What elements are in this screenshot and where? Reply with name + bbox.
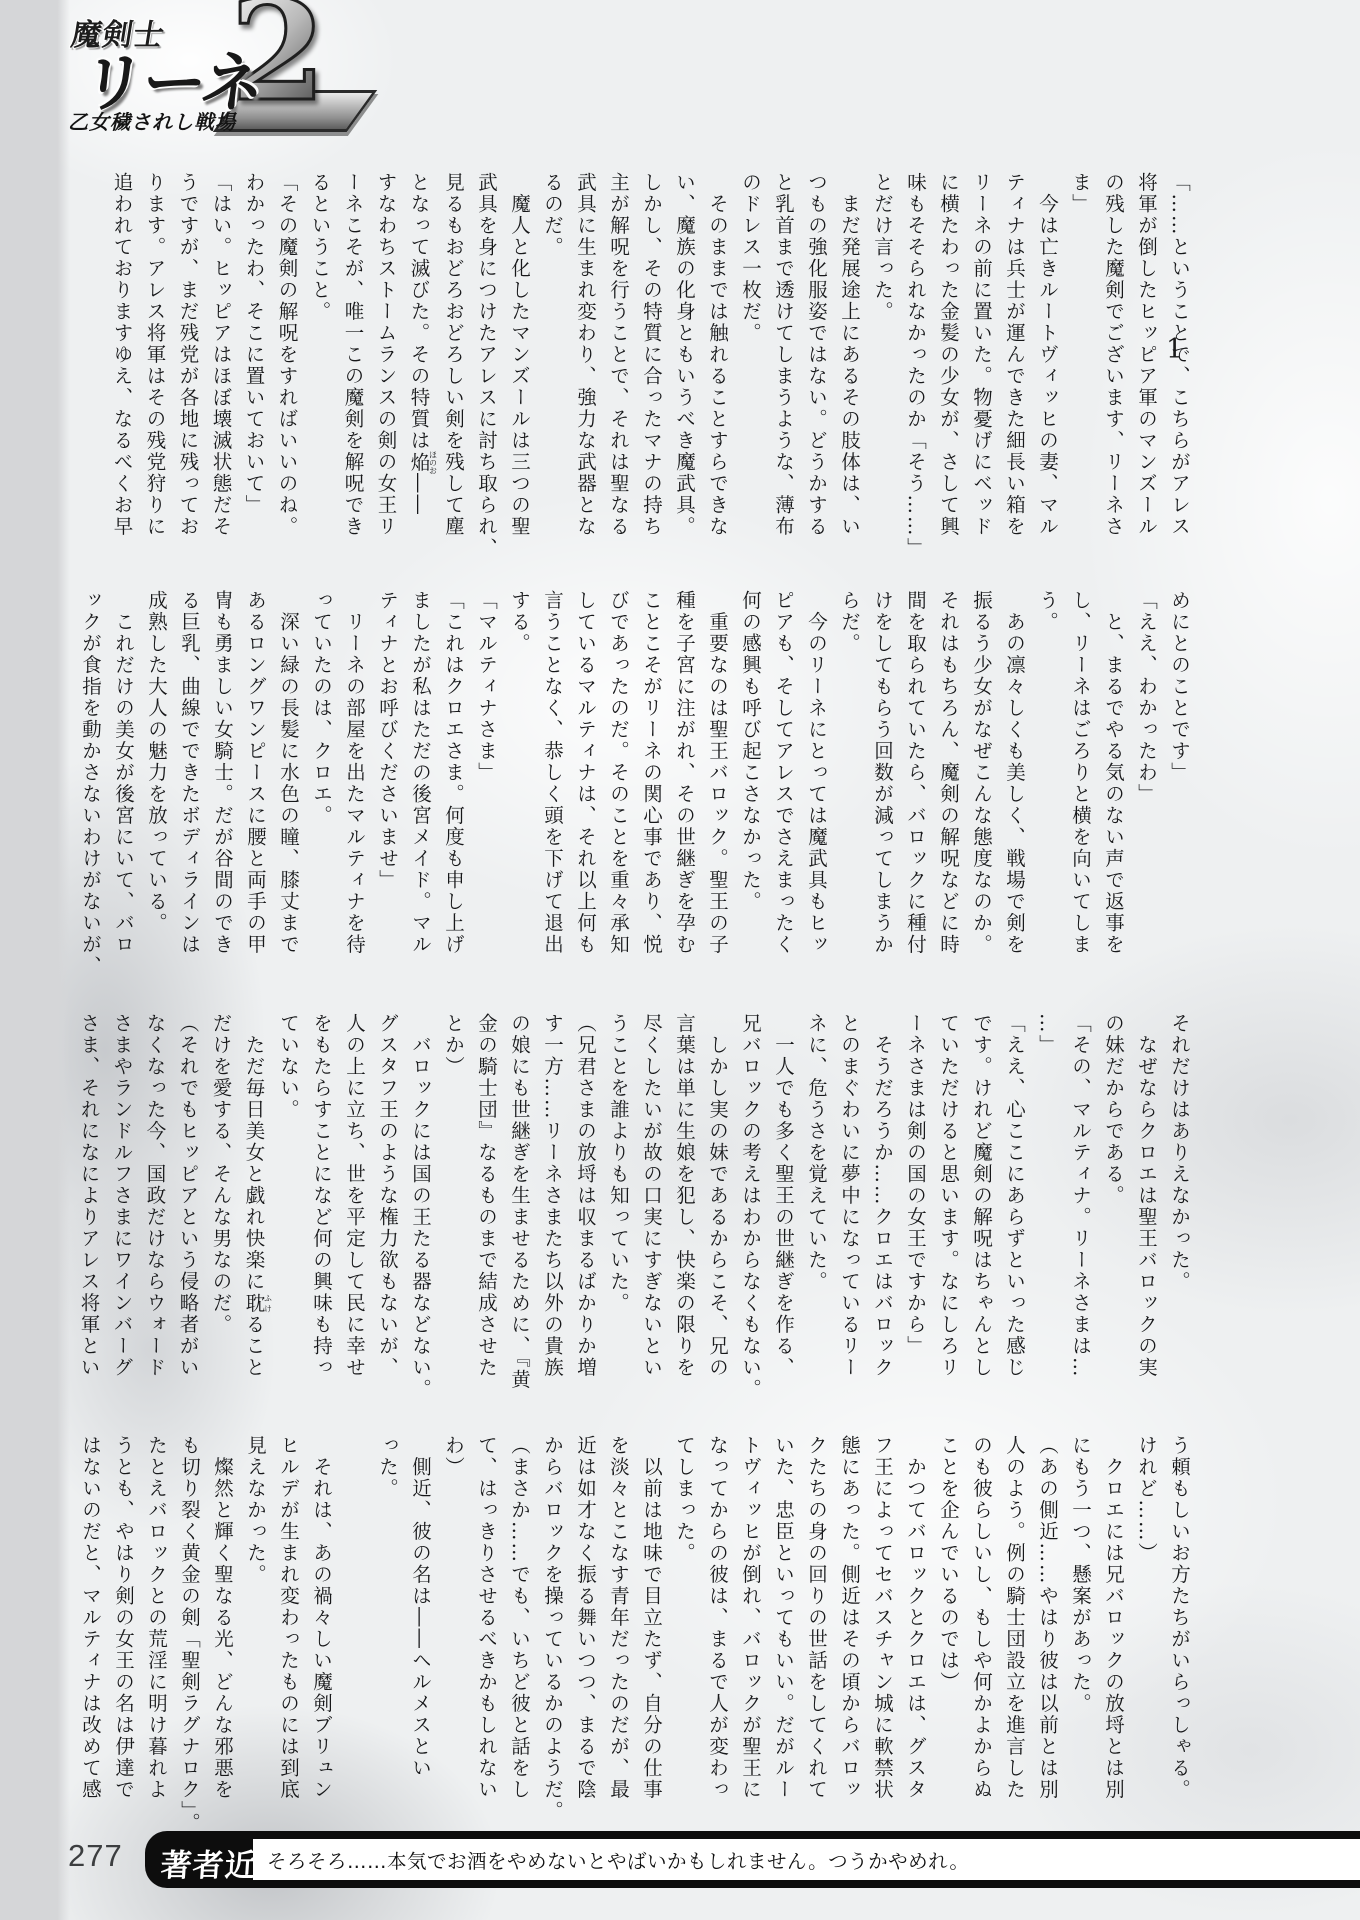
- text-line: 「これはクロエさま。何度も申し上げ: [437, 590, 470, 986]
- text-line: いた、忠臣といってもいい。だがルー: [767, 1435, 800, 1831]
- text-line: 主が解呪を行うことで、それは聖なる: [602, 172, 635, 568]
- text-line: からバロックを操っているかのようだ。: [536, 1435, 569, 1831]
- author-note-bar: 著者近況 そろそろ……本気でお酒をやめないとやばいかもしれません。つうかやめれ。: [145, 1831, 1360, 1888]
- text-line: バロックには国の王たる器などない。: [404, 1013, 437, 1409]
- text-line: …」: [1031, 1013, 1064, 1409]
- text-line: らだ。: [833, 590, 866, 986]
- text-line: る巨乳、曲線でできたボディラインは: [173, 590, 206, 986]
- text-line: なくなった今、国政だけならウォード: [139, 1013, 172, 1409]
- text-line: （まさか……でも、いちど彼と話をし: [503, 1435, 536, 1831]
- text-line: 金の騎士団』なるものまで結成させた: [470, 1013, 503, 1409]
- text-line: トヴィッヒが倒れ、バロックが聖王に: [734, 1435, 767, 1831]
- text-line: ります。アレス将軍はその残党狩りに: [139, 172, 172, 568]
- text-line: （あの側近……やはり彼は以前とは別: [1031, 1435, 1064, 1831]
- page-edge-shading: [0, 0, 70, 1920]
- logo-subtitle: 乙女穢されし戦場: [68, 106, 236, 135]
- text-line: とのまぐわいに夢中になっているリー: [833, 1013, 866, 1409]
- text-line: する。: [503, 590, 536, 986]
- text-line: 間を取られていたら、バロックに種付: [899, 590, 932, 986]
- text-line: それだけはありえなかった。: [1163, 1013, 1196, 1409]
- text-line: 「ええ、心ここにあらずといった感じ: [998, 1013, 1031, 1409]
- text-line: の妹だからである。: [1097, 1013, 1130, 1409]
- text-line: たとえバロックとの荒淫に明け暮れよ: [140, 1435, 173, 1831]
- text-band: それだけはありえなかった。 なぜならクロエは聖王バロックの実の妹だからである。「…: [88, 1013, 1196, 1409]
- text-line: なぜならクロエは聖王バロックの実: [1130, 1013, 1163, 1409]
- text-line: に横たわった金髪の少女が、さして興: [932, 172, 965, 568]
- text-line: だけを愛する、そんな男なのだ。: [205, 1013, 238, 1409]
- text-line: これだけの美女が後宮にいて、バロ: [107, 590, 140, 986]
- text-line: て、はっきりさせるべきかもしれない: [470, 1435, 503, 1831]
- text-line: めにとのことです」: [1163, 590, 1196, 986]
- text-line: わかったわ、そこに置いておいて」: [238, 172, 271, 568]
- author-note-box: そろそろ……本気でお酒をやめないとやばいかもしれません。つうかやめれ。: [253, 1839, 1360, 1880]
- text-line: すなわちストームランスの剣の女王リ: [370, 172, 403, 568]
- text-line: とか）: [437, 1013, 470, 1409]
- text-line: 味もそそられなかったのか「そう……」: [899, 172, 932, 568]
- text-line: 一人でも多く聖王の世継ぎを作る、: [767, 1013, 800, 1409]
- text-line: 以前は地味で目立たず、自分の仕事: [635, 1435, 668, 1831]
- text-line: それはもちろん、魔剣の解呪などに時: [932, 590, 965, 986]
- series-logo: 魔剣士 2 リーネ 乙女穢されし戦場: [52, 6, 352, 138]
- text-line: うですが、まだ残党が各地に残ってお: [172, 172, 205, 568]
- text-line: てしまった。: [668, 1435, 701, 1831]
- text-line: つもの強化服姿ではない。どうかする: [800, 172, 833, 568]
- text-line: しているマルティナは、それ以上何も: [569, 590, 602, 986]
- text-line: っていたのは、クロエ。: [305, 590, 338, 986]
- text-line: リーネの部屋を出たマルティナを待: [338, 590, 371, 986]
- text-line: ティナは兵士が運んできた細長い箱を: [998, 172, 1031, 568]
- text-line: うとも、やはり剣の女王の名は伊達で: [107, 1435, 140, 1831]
- text-line: 武具に生まれ変わり、強力な武器とな: [569, 172, 602, 568]
- text-line: クロエには兄バロックの放埒とは別: [1097, 1435, 1130, 1831]
- text-line: 言葉は単に生娘を犯し、快楽の限りを: [668, 1013, 701, 1409]
- text-line: 燦然と輝く聖なる光、どんな邪悪を: [206, 1435, 239, 1831]
- text-line: 言うことなく、恭しく頭を下げて退出: [536, 590, 569, 986]
- text-line: ことこそがリーネの関心事であり、悦: [635, 590, 668, 986]
- text-line: と、まるでやる気のない声で返事を: [1097, 590, 1130, 986]
- text-line: 人の上に立ち、世を平定して民に幸せ: [338, 1013, 371, 1409]
- text-line: 見るもおどろおどろしい剣を残して塵: [437, 172, 470, 568]
- text-line: （それでもヒッピアという侵略者がい: [172, 1013, 205, 1409]
- text-line: グスタフ王のような権力欲もないが、: [371, 1013, 404, 1409]
- text-line: るのだ。: [536, 172, 569, 568]
- text-line: 深い緑の長髪に水色の瞳、膝丈まで: [272, 590, 305, 986]
- text-line: （兄君さまの放埒は収まるばかりか増: [569, 1013, 602, 1409]
- text-line: そうだろうか……クロエはバロック: [866, 1013, 899, 1409]
- text-line: ただ毎日美女と戯れ快楽に耽ふけること: [238, 1013, 273, 1409]
- text-line: ヒルデが生まれ変わったものには到底: [272, 1435, 305, 1831]
- text-line: 兄バロックの考えはわからなくもない。: [734, 1013, 767, 1409]
- text-line: 態にあった。側近はその頃からバロッ: [833, 1435, 866, 1831]
- text-line: かつてバロックとクロエは、グスタ: [899, 1435, 932, 1831]
- text-line: ーネこそが、唯一この魔剣を解呪でき: [337, 172, 370, 568]
- text-line: ピアも、そしてアレスでさえまったく: [767, 590, 800, 986]
- text-line: 「その魔剣の解呪をすればいいのね。: [271, 172, 304, 568]
- text-line: のドレス一枚だ。: [734, 172, 767, 568]
- text-line: リーネの前に置いた。物憂げにベッド: [965, 172, 998, 568]
- text-line: ましたが私はただの後宮メイド。マル: [404, 590, 437, 986]
- text-line: けれど……）: [1130, 1435, 1163, 1831]
- text-line: も切り裂く黄金の剣「聖剣ラグナロク」。: [173, 1435, 206, 1831]
- text-line: それは、あの禍々しい魔剣ブリュン: [305, 1435, 338, 1831]
- text-line: 見えなかった。: [239, 1435, 272, 1831]
- text-line: のも彼らしいし、もしや何かよからぬ: [965, 1435, 998, 1831]
- text-line: [338, 1435, 371, 1831]
- text-line: びであったのだ。そのことを重々承知: [602, 590, 635, 986]
- text-line: の娘にも世継ぎを生ませるために、『黄: [503, 1013, 536, 1409]
- text-line: 側近、彼の名は――ヘルメスとい: [404, 1435, 437, 1831]
- text-line: 今は亡きルートヴィッヒの妻、マル: [1031, 172, 1064, 568]
- text-line: けをしてもらう回数が減ってしまうか: [866, 590, 899, 986]
- text-line: す一方……リーネさまたち以外の貴族: [536, 1013, 569, 1409]
- text-line: 「マルティナさま」: [470, 590, 503, 986]
- text-line: と乳首まで透けてしまうような、薄布: [767, 172, 800, 568]
- text-line: を淡々とこなす青年だったのだが、最: [602, 1435, 635, 1831]
- text-line: をもたらすことになど何の興味も持っ: [305, 1013, 338, 1409]
- text-line: さま、それになによりアレス将軍とい: [73, 1013, 106, 1409]
- text-line: とだけ言った。: [866, 172, 899, 568]
- text-line: 尽くしたいが故の口実にすぎないとい: [635, 1013, 668, 1409]
- text-band: う頼もしいお方たちがいらっしゃる。けれど……） クロエには兄バロックの放埒とは別…: [88, 1435, 1196, 1831]
- text-line: ことを企んでいるのでは）: [932, 1435, 965, 1831]
- text-line: さまやランドルフさまにワインバーグ: [106, 1013, 139, 1409]
- text-line: そのままでは触れることすらできな: [701, 172, 734, 568]
- text-line: ーネさまは剣の国の女王ですから」: [899, 1013, 932, 1409]
- text-line: し、リーネはごろりと横を向いてしま: [1064, 590, 1097, 986]
- text-line: あの凛々しくも美しく、戦場で剣を: [998, 590, 1031, 986]
- text-line: 振るう少女がなぜこんな態度なのか。: [965, 590, 998, 986]
- text-line: うことを誰よりも知っていた。: [602, 1013, 635, 1409]
- text-line: った。: [371, 1435, 404, 1831]
- text-line: クたちの身の回りの世話をしてくれて: [800, 1435, 833, 1831]
- text-line: あるロングワンピースに腰と両手の甲: [239, 590, 272, 986]
- text-line: 「ええ、わかったわ」: [1130, 590, 1163, 986]
- text-line: う。: [1031, 590, 1064, 986]
- text-line: しかし、その特質に合ったマナの持ち: [635, 172, 668, 568]
- text-line: の残した魔剣でございます、リーネさ: [1097, 172, 1130, 568]
- text-line: う頼もしいお方たちがいらっしゃる。: [1163, 1435, 1196, 1831]
- text-line: にもう一つ、懸案があった。: [1064, 1435, 1097, 1831]
- text-line: 重要なのは聖王バロック。聖王の子: [701, 590, 734, 986]
- text-line: ネに、危うさを覚えていた。: [800, 1013, 833, 1409]
- text-line: わ）: [437, 1435, 470, 1831]
- text-line: 魔人と化したマンズールは三つの聖: [503, 172, 536, 568]
- text-line: ティナとお呼びくださいませ」: [371, 590, 404, 986]
- text-line: ていただけると思います。なにしろリ: [932, 1013, 965, 1409]
- text-line: 武具を身につけたアレスに討ち取られ、: [470, 172, 503, 568]
- text-line: 追われておりますゆえ、なるべくお早: [106, 172, 139, 568]
- page-number: 277: [68, 1838, 123, 1874]
- text-line: るということ。: [304, 172, 337, 568]
- text-line: となって滅びた。その特質は焔ほのお――: [403, 172, 438, 568]
- text-line: フ王によってセバスチャン城に軟禁状: [866, 1435, 899, 1831]
- text-line: ックが食指を動かさないわけがないが、: [74, 590, 107, 986]
- text-line: はないのだと、マルティナは改めて感: [74, 1435, 107, 1831]
- text-line: 冑も勇ましい女騎士。だが谷間のでき: [206, 590, 239, 986]
- text-line: 人のよう。例の騎士団設立を進言した: [998, 1435, 1031, 1831]
- text-line: ま」: [1064, 172, 1097, 568]
- text-line: 将軍が倒したヒッピア軍のマンズール: [1130, 172, 1163, 568]
- text-line: 今のリーネにとっては魔武具もヒッ: [800, 590, 833, 986]
- text-line: 「その、マルティナ。リーネさまは…: [1064, 1013, 1097, 1409]
- text-line: まだ発展途上にあるその肢体は、い: [833, 172, 866, 568]
- text-line: ていない。: [272, 1013, 305, 1409]
- text-band: めにとのことです」「ええ、わかったわ」 と、まるでやる気のない声で返事をし、リー…: [88, 590, 1196, 986]
- text-line: 「……ということで、こちらがアレス: [1163, 172, 1196, 568]
- text-line: しかし実の妹であるからこそ、兄の: [701, 1013, 734, 1409]
- text-line: なってからの彼は、まるで人が変わっ: [701, 1435, 734, 1831]
- text-band: 「……ということで、こちらがアレス将軍が倒したヒッピア軍のマンズールの残した魔剣…: [88, 172, 1229, 568]
- text-line: です。けれど魔剣の解呪はちゃんとし: [965, 1013, 998, 1409]
- text-line: 近は如才なく振る舞いつつ、まるで陰: [569, 1435, 602, 1831]
- author-note-text: そろそろ……本気でお酒をやめないとやばいかもしれません。つうかやめれ。: [253, 1846, 969, 1874]
- text-line: 種を子宮に注がれ、その世継ぎを孕む: [668, 590, 701, 986]
- text-line: 成熟した大人の魅力を放っている。: [140, 590, 173, 986]
- text-line: い、魔族の化身ともいうべき魔武具。: [668, 172, 701, 568]
- text-line: 何の感興も呼び起こさなかった。: [734, 590, 767, 986]
- text-line: 「はい。ヒッピアはほぼ壊滅状態だそ: [205, 172, 238, 568]
